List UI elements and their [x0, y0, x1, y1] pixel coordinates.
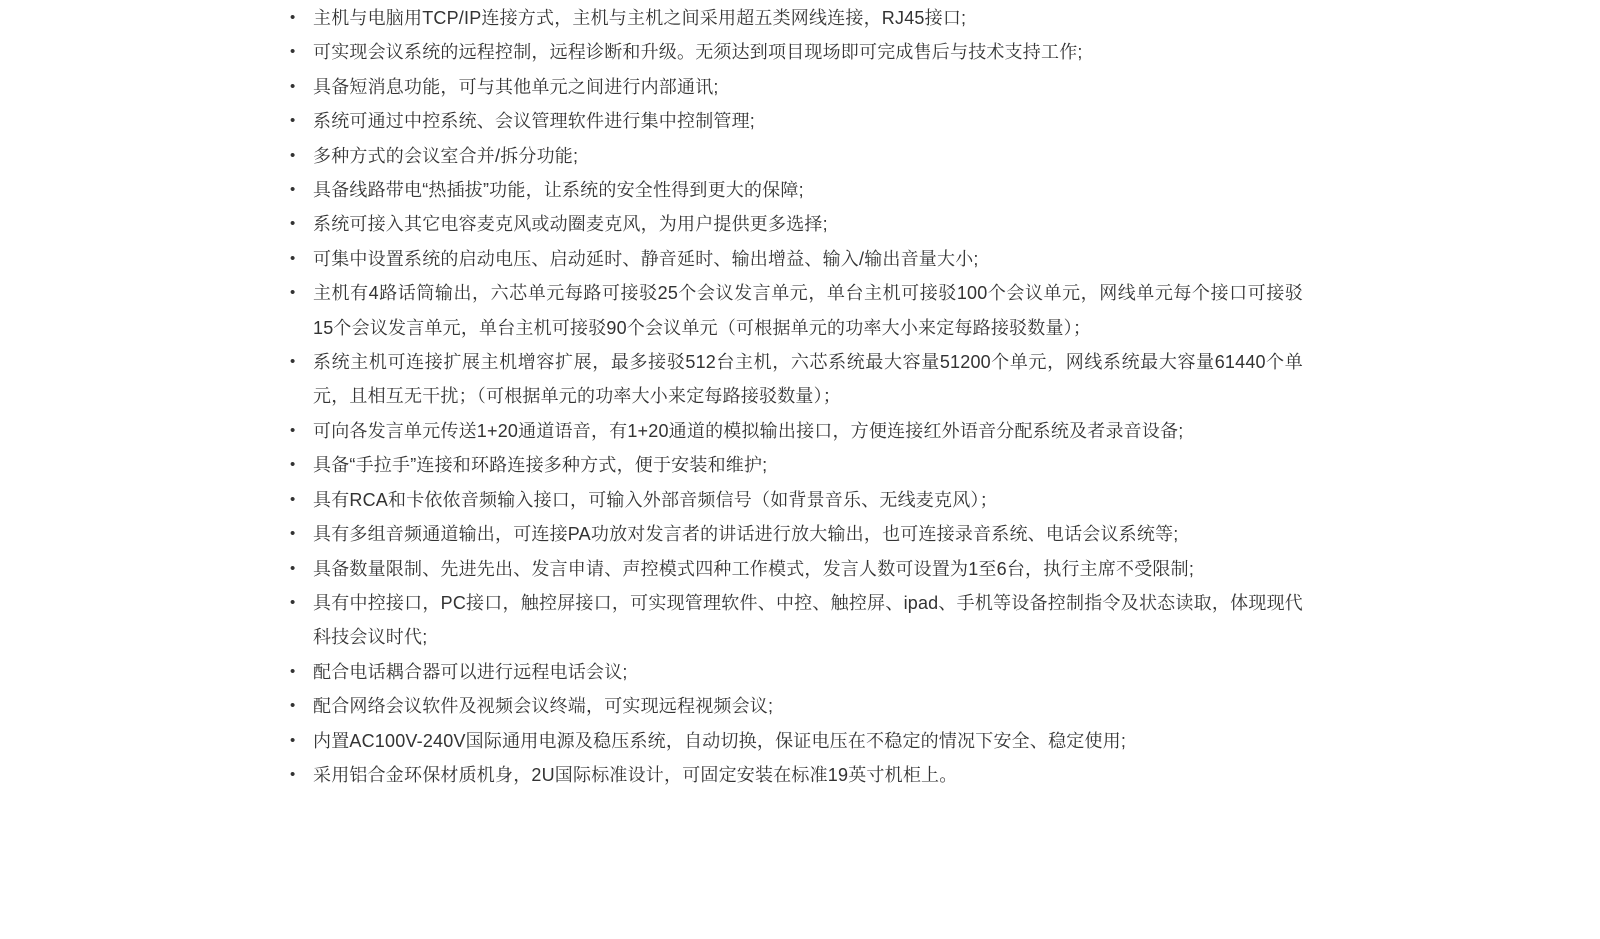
bullet-icon: •: [290, 586, 313, 620]
bullet-icon: •: [290, 448, 313, 482]
feature-item: • 具有中控接口，PC接口，触控屏接口，可实现管理软件、中控、触控屏、ipad、…: [290, 586, 1600, 655]
bullet-icon: •: [290, 35, 313, 69]
feature-text: 系统可接入其它电容麦克风或动圈麦克风，为用户提供更多选择;: [313, 207, 828, 241]
feature-text: 配合网络会议软件及视频会议终端，可实现远程视频会议;: [313, 689, 773, 723]
feature-text: 系统主机可连接扩展主机增容扩展，最多接驳512台主机，六芯系统最大容量51200…: [313, 345, 1303, 414]
feature-list: • 主机与电脑用TCP/IP连接方式，主机与主机之间采用超五类网线连接，RJ45…: [290, 1, 1600, 792]
bullet-icon: •: [290, 758, 313, 792]
feature-item: • 可实现会议系统的远程控制，远程诊断和升级。无须达到项目现场即可完成售后与技术…: [290, 35, 1600, 69]
feature-item: • 配合电话耦合器可以进行远程电话会议;: [290, 655, 1600, 689]
feature-text: 具有中控接口，PC接口，触控屏接口，可实现管理软件、中控、触控屏、ipad、手机…: [313, 586, 1303, 655]
feature-item: • 主机与电脑用TCP/IP连接方式，主机与主机之间采用超五类网线连接，RJ45…: [290, 1, 1600, 35]
product-features-document: • 主机与电脑用TCP/IP连接方式，主机与主机之间采用超五类网线连接，RJ45…: [0, 0, 1600, 792]
bullet-icon: •: [290, 1, 313, 35]
feature-text: 主机与电脑用TCP/IP连接方式，主机与主机之间采用超五类网线连接，RJ45接口…: [313, 1, 966, 35]
feature-item: • 具备数量限制、先进先出、发言申请、声控模式四种工作模式，发言人数可设置为1至…: [290, 552, 1600, 586]
bullet-icon: •: [290, 724, 313, 758]
feature-text: 具有多组音频通道输出，可连接PA功放对发言者的讲话进行放大输出，也可连接录音系统…: [313, 517, 1178, 551]
feature-item: • 可集中设置系统的启动电压、启动延时、静音延时、输出增益、输入/输出音量大小;: [290, 242, 1600, 276]
feature-item: • 具备线路带电“热插拔”功能，让系统的安全性得到更大的保障;: [290, 173, 1600, 207]
feature-item: • 主机有4路话筒输出，六芯单元每路可接驳25个会议发言单元，单台主机可接驳10…: [290, 276, 1600, 345]
feature-text: 配合电话耦合器可以进行远程电话会议;: [313, 655, 628, 689]
feature-text: 可集中设置系统的启动电压、启动延时、静音延时、输出增益、输入/输出音量大小;: [313, 242, 979, 276]
feature-item: • 系统主机可连接扩展主机增容扩展，最多接驳512台主机，六芯系统最大容量512…: [290, 345, 1600, 414]
feature-text: 系统可通过中控系统、会议管理软件进行集中控制管理;: [313, 104, 755, 138]
feature-item: • 具有RCA和卡依侬音频输入接口，可输入外部音频信号（如背景音乐、无线麦克风）…: [290, 483, 1600, 517]
bullet-icon: •: [290, 173, 313, 207]
bullet-icon: •: [290, 276, 313, 310]
feature-text: 内置AC100V-240V国际通用电源及稳压系统，自动切换，保证电压在不稳定的情…: [313, 724, 1126, 758]
feature-text: 具备数量限制、先进先出、发言申请、声控模式四种工作模式，发言人数可设置为1至6台…: [313, 552, 1194, 586]
feature-item: • 系统可接入其它电容麦克风或动圈麦克风，为用户提供更多选择;: [290, 207, 1600, 241]
feature-text: 可实现会议系统的远程控制，远程诊断和升级。无须达到项目现场即可完成售后与技术支持…: [313, 35, 1083, 69]
feature-text: 具备短消息功能，可与其他单元之间进行内部通讯;: [313, 70, 719, 104]
bullet-icon: •: [290, 689, 313, 723]
feature-text: 采用铝合金环保材质机身，2U国际标准设计，可固定安装在标准19英寸机柜上。: [313, 758, 957, 792]
bullet-icon: •: [290, 242, 313, 276]
bullet-icon: •: [290, 517, 313, 551]
bullet-icon: •: [290, 139, 313, 173]
bullet-icon: •: [290, 414, 313, 448]
bullet-icon: •: [290, 552, 313, 586]
bullet-icon: •: [290, 345, 313, 379]
feature-text: 具有RCA和卡依侬音频输入接口，可输入外部音频信号（如背景音乐、无线麦克风）；: [313, 483, 998, 517]
feature-text: 主机有4路话筒输出，六芯单元每路可接驳25个会议发言单元，单台主机可接驳100个…: [313, 276, 1303, 345]
feature-item: • 内置AC100V-240V国际通用电源及稳压系统，自动切换，保证电压在不稳定…: [290, 724, 1600, 758]
feature-item: • 具备“手拉手”连接和环路连接多种方式，便于安装和维护;: [290, 448, 1600, 482]
bullet-icon: •: [290, 207, 313, 241]
feature-item: • 具有多组音频通道输出，可连接PA功放对发言者的讲话进行放大输出，也可连接录音…: [290, 517, 1600, 551]
feature-item: • 可向各发言单元传送1+20通道语音，有1+20通道的模拟输出接口，方便连接红…: [290, 414, 1600, 448]
feature-text: 多种方式的会议室合并/拆分功能;: [313, 139, 578, 173]
bullet-icon: •: [290, 483, 313, 517]
feature-item: • 采用铝合金环保材质机身，2U国际标准设计，可固定安装在标准19英寸机柜上。: [290, 758, 1600, 792]
feature-item: • 多种方式的会议室合并/拆分功能;: [290, 139, 1600, 173]
feature-item: • 系统可通过中控系统、会议管理软件进行集中控制管理;: [290, 104, 1600, 138]
bullet-icon: •: [290, 104, 313, 138]
feature-text: 具备“手拉手”连接和环路连接多种方式，便于安装和维护;: [313, 448, 767, 482]
feature-text: 具备线路带电“热插拔”功能，让系统的安全性得到更大的保障;: [313, 173, 804, 207]
bullet-icon: •: [290, 655, 313, 689]
feature-text: 可向各发言单元传送1+20通道语音，有1+20通道的模拟输出接口，方便连接红外语…: [313, 414, 1183, 448]
feature-item: • 具备短消息功能，可与其他单元之间进行内部通讯;: [290, 70, 1600, 104]
bullet-icon: •: [290, 70, 313, 104]
feature-item: • 配合网络会议软件及视频会议终端，可实现远程视频会议;: [290, 689, 1600, 723]
